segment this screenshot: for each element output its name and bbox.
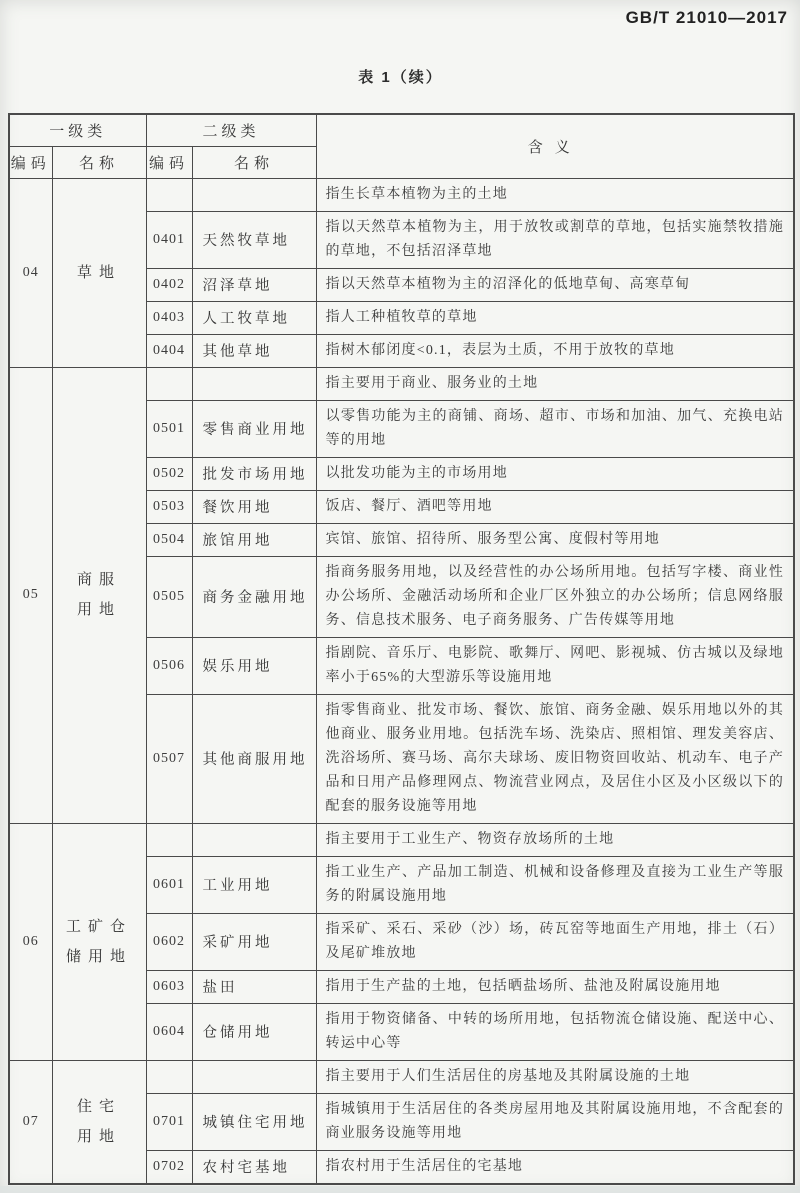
secondary-code-cell [146,823,192,856]
secondary-name-cell: 沼泽草地 [192,268,316,301]
meaning-cell: 指人工种植牧草的草地 [316,301,794,334]
primary-name-cell: 工矿仓 储用地 [52,823,146,1060]
secondary-name-cell [192,367,316,400]
meaning-cell: 指采矿、采石、采砂（沙）场，砖瓦窑等地面生产用地，排土（石）及尾矿堆放地 [316,913,794,970]
secondary-code-cell: 0502 [146,457,192,490]
meaning-cell: 指剧院、音乐厅、电影院、歌舞厅、网吧、影视城、仿古城以及绿地率小于65%的大型游… [316,637,794,694]
primary-code-cell: 06 [9,823,52,1060]
meaning-cell: 指生长草本植物为主的土地 [316,178,794,211]
header-level1-name: 名称 [52,146,146,178]
primary-code-cell: 04 [9,178,52,367]
meaning-cell: 指以天然草本植物为主，用于放牧或割草的草地，包括实施禁牧措施的草地，不包括沼泽草… [316,211,794,268]
secondary-code-cell [146,178,192,211]
meaning-cell: 指用于物资储备、中转的场所用地，包括物流仓储设施、配送中心、转运中心等 [316,1003,794,1060]
secondary-code-cell: 0604 [146,1003,192,1060]
meaning-cell: 指农村用于生活居住的宅基地 [316,1150,794,1184]
header-level1-group: 一级类 [9,114,146,146]
meaning-cell: 指用于生产盐的土地，包括晒盐场所、盐池及附属设施用地 [316,970,794,1003]
meaning-cell: 指主要用于商业、服务业的土地 [316,367,794,400]
header-level2-group: 二级类 [146,114,316,146]
secondary-code-cell: 0403 [146,301,192,334]
table-row: 07住宅 用地指主要用于人们生活居住的房基地及其附属设施的土地 [9,1060,794,1093]
secondary-name-cell [192,823,316,856]
secondary-code-cell: 0506 [146,637,192,694]
secondary-name-cell [192,178,316,211]
secondary-name-cell: 工业用地 [192,856,316,913]
secondary-code-cell: 0507 [146,694,192,823]
secondary-name-cell [192,1060,316,1093]
secondary-name-cell: 人工牧草地 [192,301,316,334]
standard-number: GB/T 21010—2017 [626,8,788,28]
secondary-name-cell: 餐饮用地 [192,490,316,523]
secondary-code-cell [146,367,192,400]
secondary-name-cell: 其他草地 [192,334,316,367]
meaning-cell: 以零售功能为主的商铺、商场、超市、市场和加油、加气、充换电站等的用地 [316,400,794,457]
meaning-cell: 宾馆、旅馆、招待所、服务型公寓、度假村等用地 [316,523,794,556]
header-level1-code: 编码 [9,146,52,178]
landuse-classification-table: 一级类 二级类 含义 编码 名称 编码 名称 04草地指生长草本植物为主的土地0… [8,113,795,1185]
header-meaning: 含义 [316,114,794,178]
meaning-cell: 饭店、餐厅、酒吧等用地 [316,490,794,523]
secondary-name-cell: 商务金融用地 [192,556,316,637]
table-row: 05商服 用地指主要用于商业、服务业的土地 [9,367,794,400]
page-bottom-edge [0,1186,800,1193]
meaning-cell: 以批发功能为主的市场用地 [316,457,794,490]
table-caption: 表 1（续） [8,66,793,87]
secondary-code-cell [146,1060,192,1093]
meaning-cell: 指零售商业、批发市场、餐饮、旅馆、商务金融、娱乐用地以外的其他商业、服务业用地。… [316,694,794,823]
secondary-name-cell: 零售商业用地 [192,400,316,457]
document-page: GB/T 21010—2017 表 1（续） 一级类 二级类 含义 编码 名称 … [0,0,800,1193]
secondary-name-cell: 农村宅基地 [192,1150,316,1184]
secondary-code-cell: 0401 [146,211,192,268]
header-level2-name: 名称 [192,146,316,178]
meaning-cell: 指商务服务用地，以及经营性的办公场所用地。包括写字楼、商业性办公场所、金融活动场… [316,556,794,637]
secondary-name-cell: 天然牧草地 [192,211,316,268]
secondary-name-cell: 旅馆用地 [192,523,316,556]
secondary-code-cell: 0601 [146,856,192,913]
secondary-name-cell: 仓储用地 [192,1003,316,1060]
primary-code-cell: 05 [9,367,52,823]
meaning-cell: 指主要用于人们生活居住的房基地及其附属设施的土地 [316,1060,794,1093]
table-row: 04草地指生长草本植物为主的土地 [9,178,794,211]
primary-name-cell: 商服 用地 [52,367,146,823]
secondary-name-cell: 采矿用地 [192,913,316,970]
meaning-cell: 指工业生产、产品加工制造、机械和设备修理及直接为工业生产等服务的附属设施用地 [316,856,794,913]
secondary-code-cell: 0505 [146,556,192,637]
secondary-name-cell: 娱乐用地 [192,637,316,694]
meaning-cell: 指主要用于工业生产、物资存放场所的土地 [316,823,794,856]
secondary-code-cell: 0602 [146,913,192,970]
table-body: 04草地指生长草本植物为主的土地0401天然牧草地指以天然草本植物为主，用于放牧… [9,178,794,1184]
secondary-code-cell: 0702 [146,1150,192,1184]
secondary-code-cell: 0603 [146,970,192,1003]
secondary-name-cell: 城镇住宅用地 [192,1093,316,1150]
primary-name-cell: 草地 [52,178,146,367]
secondary-code-cell: 0503 [146,490,192,523]
secondary-code-cell: 0404 [146,334,192,367]
secondary-name-cell: 其他商服用地 [192,694,316,823]
primary-code-cell: 07 [9,1060,52,1184]
meaning-cell: 指以天然草本植物为主的沼泽化的低地草甸、高寒草甸 [316,268,794,301]
meaning-cell: 指城镇用于生活居住的各类房屋用地及其附属设施用地，不含配套的商业服务设施等用地 [316,1093,794,1150]
secondary-name-cell: 盐田 [192,970,316,1003]
meaning-cell: 指树木郁闭度<0.1，表层为土质，不用于放牧的草地 [316,334,794,367]
secondary-code-cell: 0701 [146,1093,192,1150]
header-level2-code: 编码 [146,146,192,178]
secondary-name-cell: 批发市场用地 [192,457,316,490]
secondary-code-cell: 0402 [146,268,192,301]
table-row: 06工矿仓 储用地指主要用于工业生产、物资存放场所的土地 [9,823,794,856]
primary-name-cell: 住宅 用地 [52,1060,146,1184]
secondary-code-cell: 0501 [146,400,192,457]
secondary-code-cell: 0504 [146,523,192,556]
header-row-groups: 一级类 二级类 含义 [9,114,794,146]
